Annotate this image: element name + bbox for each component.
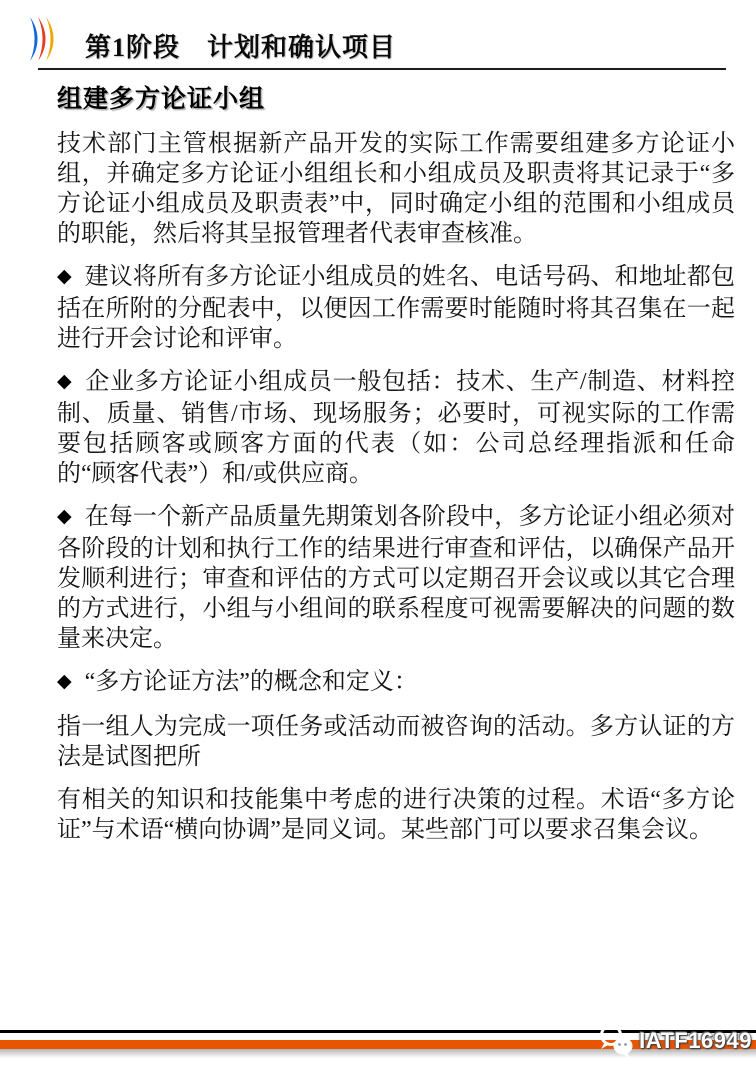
paragraph: 技术部门主管根据新产品开发的实际工作需要组建多方论证小组，并确定多方论证小组组长…: [57, 129, 735, 249]
section-heading: 组建多方论证小组: [57, 84, 735, 116]
header-rule: [38, 68, 726, 70]
bullet-paragraph: ◆在每一个新产品质量先期策划各阶段中，多方论证小组必须对各阶段的计划和执行工作的…: [57, 502, 735, 654]
bullet-paragraph: ◆“多方论证方法”的概念和定义：: [57, 667, 735, 699]
paragraph-text: 技术部门主管根据新产品开发的实际工作需要组建多方论证小组，并确定多方论证小组组长…: [57, 131, 735, 247]
watermark-text: IATF16949: [639, 1028, 752, 1054]
page-title: 第1阶段 计划和确认项目: [85, 27, 396, 64]
paragraph-text: 指一组人为完成一项任务或活动而被咨询的活动。多方认证的方法是试图把所: [57, 714, 735, 770]
bullet-paragraph: ◆建议将所有多方论证小组成员的姓名、电话号码、和地址都包括在所附的分配表中，以便…: [57, 262, 735, 354]
paragraph-text: 企业多方论证小组成员一般包括：技术、生产/制造、材料控制、质量、销售/市场、现场…: [57, 369, 735, 487]
paragraph-text: 建议将所有多方论证小组成员的姓名、电话号码、和地址都包括在所附的分配表中，以便因…: [57, 264, 735, 352]
paragraph-text: 在每一个新产品质量先期策划各阶段中，多方论证小组必须对各阶段的计划和执行工作的结…: [57, 504, 735, 652]
paragraph: 有相关的知识和技能集中考虑的进行决策的过程。术语“多方论证”与术语“横向协调”是…: [57, 785, 735, 845]
bullet-diamond-icon: ◆: [57, 506, 72, 527]
content-area: 组建多方论证小组 技术部门主管根据新产品开发的实际工作需要组建多方论证小组，并确…: [57, 84, 735, 858]
paragraph-text: “多方论证方法”的概念和定义：: [85, 669, 418, 695]
bullet-diamond-icon: ◆: [57, 671, 72, 692]
bullet-paragraph: ◆企业多方论证小组成员一般包括：技术、生产/制造、材料控制、质量、销售/市场、现…: [57, 367, 735, 489]
bullet-diamond-icon: ◆: [57, 371, 72, 392]
paragraph-text: 有相关的知识和技能集中考虑的进行决策的过程。术语“多方论证”与术语“横向协调”是…: [57, 787, 735, 843]
watermark: IATF16949: [597, 1022, 752, 1060]
wechat-bubbles-icon: [597, 1022, 637, 1060]
chevrons-logo-icon: [29, 16, 59, 62]
bullet-diamond-icon: ◆: [57, 266, 72, 287]
slide-page: { "header": { "title": "第1阶段 计划和确认项目", "…: [0, 0, 756, 1070]
paragraph: 指一组人为完成一项任务或活动而被咨询的活动。多方认证的方法是试图把所: [57, 712, 735, 772]
